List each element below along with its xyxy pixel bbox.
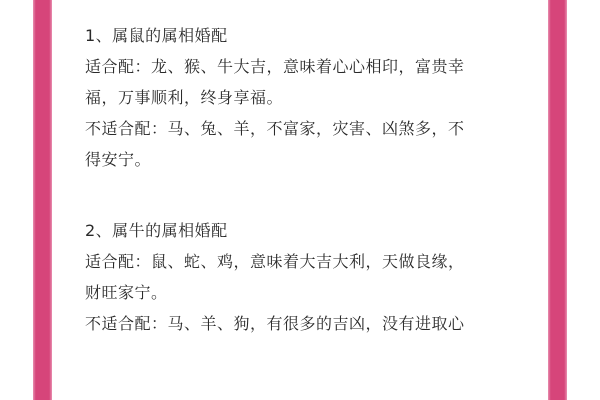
bad-match-line: 不适合配：马、兔、羊，不富家，灾害、凶煞多，不 [85, 113, 535, 144]
section-ox: 2、属牛的属相婚配 适合配：鼠、蛇、鸡，意味着大吉大利，天做良缘， 财旺家宁。 … [85, 215, 535, 339]
article-content: 1、属鼠的属相婚配 适合配：龙、猴、牛大吉，意味着心心相印，富贵幸 福，万事顺利… [85, 20, 535, 339]
good-match-line: 福，万事顺利，终身享福。 [85, 82, 535, 113]
section-gap [85, 175, 535, 215]
good-match-line: 适合配：龙、猴、牛大吉，意味着心心相印，富贵幸 [85, 51, 535, 82]
good-match-line: 财旺家宁。 [85, 277, 535, 308]
section-title: 2、属牛的属相婚配 [85, 215, 535, 246]
bad-match-line: 不适合配：马、羊、狗，有很多的吉凶，没有进取心 [85, 308, 535, 339]
section-rat: 1、属鼠的属相婚配 适合配：龙、猴、牛大吉，意味着心心相印，富贵幸 福，万事顺利… [85, 20, 535, 175]
good-match-line: 适合配：鼠、蛇、鸡，意味着大吉大利，天做良缘， [85, 246, 535, 277]
section-title: 1、属鼠的属相婚配 [85, 20, 535, 51]
bad-match-line: 得安宁。 [85, 144, 535, 175]
left-decorative-bar [33, 0, 52, 400]
right-decorative-bar [548, 0, 567, 400]
